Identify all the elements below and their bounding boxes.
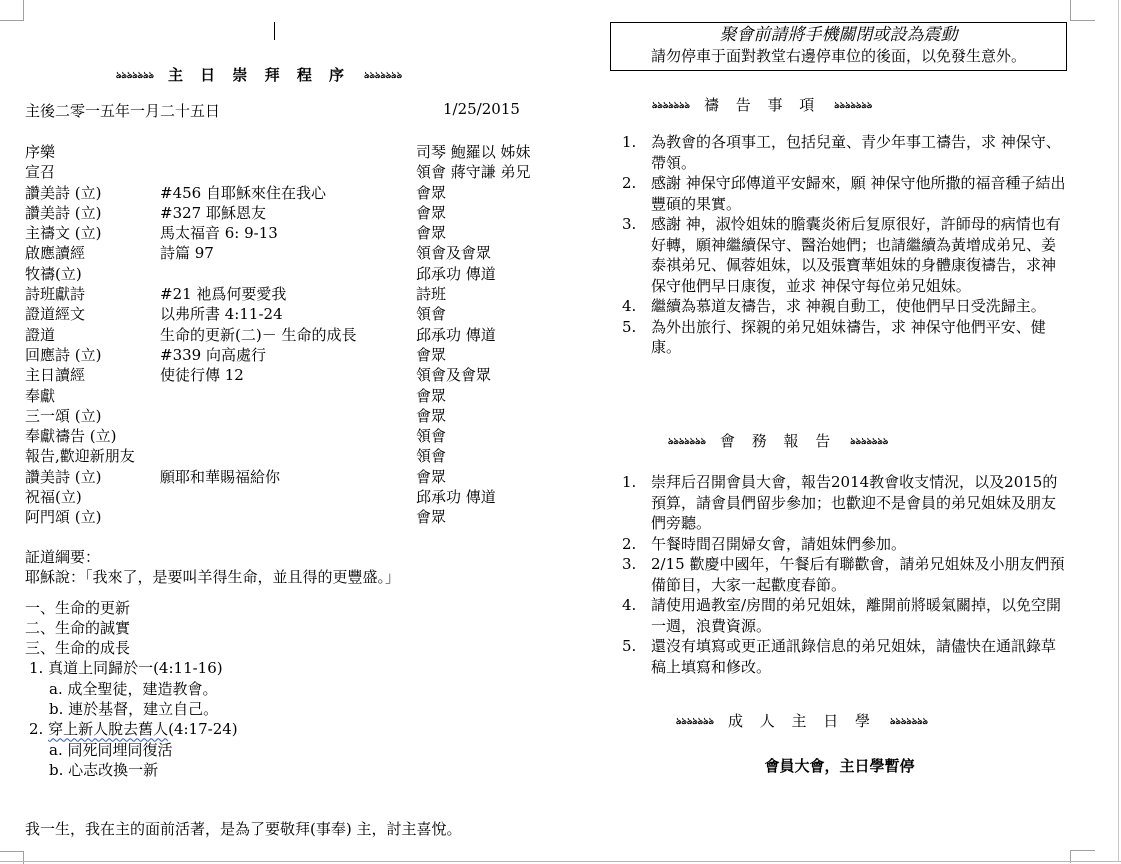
outline-quote: 耶穌說：「我來了，是要叫羊得生命，並且得的更豐盛。」: [25, 567, 545, 587]
list-number: 4.: [622, 296, 636, 317]
business-title: 會 務 報 告: [720, 432, 836, 450]
program-item: 回應詩 (立): [25, 345, 101, 365]
spellcheck-flagged-text[interactable]: 穿上新人脫去舊人: [48, 720, 168, 738]
outline-subpoint: 1. 真道上同歸於一(4:11-16): [25, 658, 545, 678]
list-number: 5.: [622, 317, 636, 338]
page-corner-mark-top-left: [0, 0, 24, 21]
sermon-outline: 証道綱要： 耶穌說：「我來了，是要叫羊得生命，並且得的更豐盛。」 一、生命的更新…: [25, 547, 545, 780]
program-person: 詩班: [416, 284, 446, 304]
program-person: 會眾: [416, 223, 446, 243]
program-person: 邱承功 傳道: [416, 487, 496, 507]
adult-school-note: 會員大會，主日學暫停: [612, 755, 1067, 776]
list-item: 2.午餐時間召開婦女會，請姐妹們參加。: [622, 534, 1067, 555]
list-text: 感謝 神，淑怜姐妹的膽囊炎術后复原很好，許師母的病情也有好轉，願神繼續保守、醫治…: [651, 215, 1061, 295]
list-item: 4.請使用過教室/房間的弟兄姐妹，離開前將暖氣關掉，以免空開一週，浪費資源。: [622, 595, 1067, 636]
list-number: 3.: [622, 214, 636, 235]
program-item: 讚美詩 (立): [25, 203, 101, 223]
outline-subpoint: 2. 穿上新人脫去舊人(4:17-24): [25, 719, 545, 739]
program-row: 讚美詩 (立)#456 自耶穌來住在我心會眾: [25, 183, 545, 203]
program-person: 邱承功 傳道: [416, 325, 496, 345]
program-person: 會眾: [416, 406, 446, 426]
program-item: 序樂: [25, 142, 55, 162]
list-text: 感謝 神保守邱傳道平安歸來，願 神保守他所撒的福音種子結出豐碩的果實。: [651, 174, 1066, 213]
program-row: 奉獻會眾: [25, 386, 545, 406]
program-row: 宣召領會 蔣守謙 弟兄: [25, 162, 545, 182]
outline-point: 一、生命的更新: [25, 598, 545, 618]
parking-notice: 請勿停車于面對教堂右邊停車位的後面，以免發生意外。: [611, 46, 1066, 66]
program-item: 三一頌 (立): [25, 406, 101, 426]
program-item: 牧禱(立): [25, 264, 82, 284]
list-number: 4.: [622, 595, 636, 616]
program-row: 啟應讀經詩篇 97領會及會眾: [25, 243, 545, 263]
program-item: 主禱文 (立): [25, 223, 101, 243]
list-text: 2/15 歡慶中國年，午餐后有聯歡會，請弟兄姐妹及小朋友們預備節目，大家一起歡度…: [651, 555, 1064, 594]
prayer-title: 禱 告 事 項: [704, 96, 820, 114]
ornament-icon: ঌঌঌঌঌঌঌ: [850, 434, 888, 449]
program-item: 啟應讀經: [25, 243, 85, 263]
business-list: 1.崇拜后召開會員大會，報告2014教會收支情況，以及2015的預算，請會員們留…: [622, 472, 1067, 677]
program-item: 證道經文: [25, 304, 85, 324]
page-edge: [1118, 0, 1119, 862]
prayer-list: 1.為教會的各項事工，包括兒童、青少年事工禱告，求 神保守、帶領。2.感謝 神保…: [622, 132, 1067, 358]
list-text: 為教會的各項事工，包括兒童、青少年事工禱告，求 神保守、帶領。: [651, 133, 1061, 172]
list-item: 3.感謝 神，淑怜姐妹的膽囊炎術后复原很好，許師母的病情也有好轉，願神繼續保守、…: [622, 214, 1067, 296]
program-person: 領會及會眾: [416, 243, 491, 263]
program-detail: 使徒行傳 12: [160, 365, 244, 385]
list-item: 1.崇拜后召開會員大會，報告2014教會收支情況，以及2015的預算，請會員們留…: [622, 472, 1067, 534]
outline-ref: (4:17-24): [168, 720, 238, 738]
program-person: 邱承功 傳道: [416, 264, 496, 284]
outline-subsubpoint: a. 同死同埋同復活: [25, 740, 545, 760]
program-person: 領會: [416, 446, 446, 466]
program-item: 主日讀經: [25, 365, 85, 385]
adult-school-title: 成 人 主 日 學: [728, 712, 876, 730]
program-person: 司琴 鮑羅以 姊妹: [416, 142, 531, 162]
notice-box: 聚會前請將手機關閉或設為震動 請勿停車于面對教堂右邊停車位的後面，以免發生意外。: [610, 22, 1067, 71]
program-detail: 詩篇 97: [160, 243, 214, 263]
program-row: 讚美詩 (立)願耶和華賜福給你會眾: [25, 467, 545, 487]
program-person: 領會: [416, 304, 446, 324]
list-item: 2.感謝 神保守邱傳道平安歸來，願 神保守他所撒的福音種子結出豐碩的果實。: [622, 173, 1067, 214]
list-number: 1.: [622, 132, 636, 153]
list-item: 3.2/15 歡慶中國年，午餐后有聯歡會，請弟兄姐妹及小朋友們預備節目，大家一起…: [622, 554, 1067, 595]
program-row: 證道生命的更新(二)－ 生命的成長邱承功 傳道: [25, 325, 545, 345]
closing-statement: 我一生，我在主的面前活著，是為了要敬拜(事奉) 主，討主喜悅。: [25, 818, 461, 839]
list-text: 繼續為慕道友禱告，求 神親自動工，使他們早日受洗歸主。: [651, 297, 1046, 315]
program-item: 阿門頌 (立): [25, 507, 101, 527]
outline-subsubpoint: b. 連於基督，建立自己。: [25, 699, 545, 719]
program-row: 牧禱(立)邱承功 傳道: [25, 264, 545, 284]
program-person: 會眾: [416, 203, 446, 223]
list-text: 請使用過教室/房間的弟兄姐妹，離開前將暖氣關掉，以免空開一週，浪費資源。: [651, 596, 1061, 635]
page-edge: [0, 861, 1121, 862]
program-item: 奉獻禱告 (立): [25, 426, 116, 446]
outline-label: 証道綱要：: [25, 547, 545, 567]
prayer-heading: ঌঌঌঌঌঌঌ禱 告 事 項ঌঌঌঌঌঌঌ: [652, 94, 872, 115]
page-corner-mark-bottom-left: [0, 851, 24, 864]
worship-program-table: 序樂司琴 鮑羅以 姊妹宣召領會 蔣守謙 弟兄讚美詩 (立)#456 自耶穌來住在…: [25, 142, 545, 528]
text-cursor: [274, 22, 275, 40]
program-item: 奉獻: [25, 386, 55, 406]
list-number: 1.: [622, 472, 636, 493]
program-row: 序樂司琴 鮑羅以 姊妹: [25, 142, 545, 162]
program-detail: #456 自耶穌來住在我心: [160, 183, 326, 203]
outline-subsubpoint: a. 成全聖徒，建造教會。: [25, 679, 545, 699]
date-english: 1/25/2015: [443, 100, 520, 118]
outline-number: 2.: [29, 720, 48, 738]
program-person: 會眾: [416, 345, 446, 365]
program-row: 詩班獻詩#21 祂爲何要愛我詩班: [25, 284, 545, 304]
ornament-icon: ঌঌঌঌঌঌঌ: [890, 714, 928, 729]
program-row: 阿門頌 (立)會眾: [25, 507, 545, 527]
program-row: 主日讀經使徒行傳 12領會及會眾: [25, 365, 545, 385]
ornament-icon: ঌঌঌঌঌঌঌ: [116, 68, 154, 83]
list-number: 5.: [622, 636, 636, 657]
list-item: 4.繼續為慕道友禱告，求 神親自動工，使他們早日受洗歸主。: [622, 296, 1067, 317]
ornament-icon: ঌঌঌঌঌঌঌ: [668, 434, 706, 449]
outline-point: 三、生命的成長: [25, 638, 545, 658]
list-number: 2.: [622, 173, 636, 194]
program-detail: 生命的更新(二)－ 生命的成長: [160, 325, 356, 345]
program-detail: 馬太福音 6: 9-13: [160, 223, 278, 243]
ornament-icon: ঌঌঌঌঌঌঌ: [676, 714, 714, 729]
program-detail: 願耶和華賜福給你: [160, 467, 280, 487]
list-item: 1.為教會的各項事工，包括兒童、青少年事工禱告，求 神保守、帶領。: [622, 132, 1067, 173]
program-detail: #339 向高處行: [160, 345, 266, 365]
date-chinese: 主後二零一五年一月二十五日: [25, 102, 220, 120]
outline-point: 二、生命的誠實: [25, 618, 545, 638]
ornament-icon: ঌঌঌঌঌঌঌ: [652, 98, 690, 113]
program-row: 回應詩 (立)#339 向高處行會眾: [25, 345, 545, 365]
list-text: 崇拜后召開會員大會，報告2014教會收支情況，以及2015的預算，請會員們留步參…: [651, 473, 1057, 532]
program-person: 會眾: [416, 507, 446, 527]
program-row: 三一頌 (立)會眾: [25, 406, 545, 426]
program-item: 讚美詩 (立): [25, 467, 101, 487]
worship-order-heading: ঌঌঌঌঌঌঌ主 日 崇 拜 程 序ঌঌঌঌঌঌঌ: [116, 64, 402, 85]
program-row: 報告,歡迎新朋友領會: [25, 446, 545, 466]
program-row: 讚美詩 (立)#327 耶穌恩友會眾: [25, 203, 545, 223]
program-item: 詩班獻詩: [25, 284, 85, 304]
program-row: 奉獻禱告 (立)領會: [25, 426, 545, 446]
program-detail: #327 耶穌恩友: [160, 203, 266, 223]
worship-order-title: 主 日 崇 拜 程 序: [168, 66, 350, 84]
program-item: 宣召: [25, 162, 55, 182]
program-item: 祝福(立): [25, 487, 82, 507]
ornament-icon: ঌঌঌঌঌঌঌ: [364, 68, 402, 83]
program-row: 主禱文 (立)馬太福音 6: 9-13會眾: [25, 223, 545, 243]
page-corner-mark-top-right: [1070, 0, 1095, 21]
list-number: 3.: [622, 554, 636, 575]
list-number: 2.: [622, 534, 636, 555]
list-text: 還沒有填寫或更正通訊錄信息的弟兄姐妹，請儘快在通訊錄草稿上填寫和修改。: [651, 637, 1056, 676]
program-person: 領會 蔣守謙 弟兄: [416, 162, 531, 182]
business-heading: ঌঌঌঌঌঌঌ會 務 報 告ঌঌঌঌঌঌঌ: [668, 430, 888, 451]
program-person: 會眾: [416, 386, 446, 406]
list-item: 5.還沒有填寫或更正通訊錄信息的弟兄姐妹，請儘快在通訊錄草稿上填寫和修改。: [622, 636, 1067, 677]
program-item: 證道: [25, 325, 55, 345]
program-person: 會眾: [416, 183, 446, 203]
list-text: 為外出旅行、探親的弟兄姐妹禱告，求 神保守他們平安、健康。: [651, 318, 1046, 357]
program-item: 報告,歡迎新朋友: [25, 446, 135, 466]
program-person: 領會及會眾: [416, 365, 491, 385]
outline-subsubpoint: b. 心志改換一新: [25, 760, 545, 780]
list-text: 午餐時間召開婦女會，請姐妹們參加。: [651, 535, 906, 553]
program-item: 讚美詩 (立): [25, 183, 101, 203]
list-item: 5.為外出旅行、探親的弟兄姐妹禱告，求 神保守他們平安、健康。: [622, 317, 1067, 358]
ornament-icon: ঌঌঌঌঌঌঌ: [834, 98, 872, 113]
service-date: 主後二零一五年一月二十五日 1/25/2015: [25, 100, 515, 121]
program-person: 領會: [416, 426, 446, 446]
program-detail: #21 祂爲何要愛我: [160, 284, 286, 304]
phone-notice: 聚會前請將手機關閉或設為震動: [611, 24, 1066, 46]
adult-school-heading: ঌঌঌঌঌঌঌ成 人 主 日 學ঌঌঌঌঌঌঌ: [676, 710, 928, 731]
program-person: 會眾: [416, 467, 446, 487]
program-detail: 以弗所書 4:11-24: [160, 304, 283, 324]
program-row: 祝福(立)邱承功 傳道: [25, 487, 545, 507]
program-row: 證道經文以弗所書 4:11-24領會: [25, 304, 545, 324]
